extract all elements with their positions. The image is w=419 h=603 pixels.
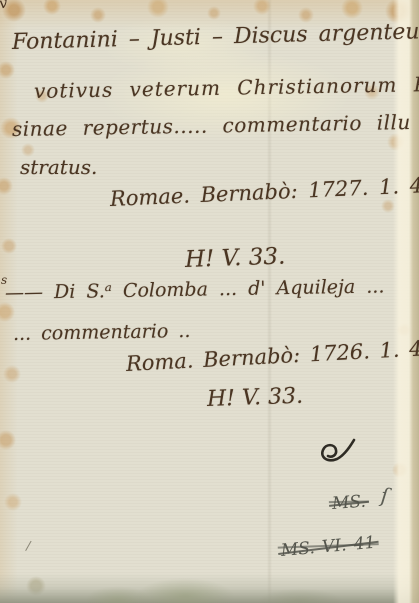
pencil-slash-mark: /: [24, 539, 31, 555]
imprint-1727: Romae. Bernabò: 1727. 1. 4°.: [109, 173, 419, 211]
pencil-squiggle-mark: ſ: [380, 483, 390, 508]
pencil-shelfmark-ms-vi-41-crossed: MS. VI. 41: [280, 533, 376, 561]
manuscript-page: v Fontanini – Justi – Discus argenteus v…: [0, 0, 419, 603]
shelfmark-hv33-second: H! V. 33.: [207, 384, 304, 412]
entry-title-line-2: votivus veterum Christianorum Peru: [34, 71, 419, 103]
paraph-flourish-icon: [314, 435, 358, 467]
shelfmark-hv33-first: H! V. 33.: [185, 244, 286, 273]
entry-title-line-4: stratus.: [20, 155, 97, 179]
entry-title-line-1: Fontanini – Justi – Discus argenteus: [12, 19, 419, 55]
corner-ink-mark: v: [0, 0, 9, 13]
pencil-shelfmark-old-crossed: MS.: [331, 492, 366, 514]
second-entry-title: —— Di S.ᵃ Colomba ... d' Aquileja ...: [5, 275, 385, 304]
entry-title-line-3: sinae repertus..... commentario illu: [12, 110, 411, 141]
second-entry-continuation: ... commentario ..: [13, 320, 191, 345]
